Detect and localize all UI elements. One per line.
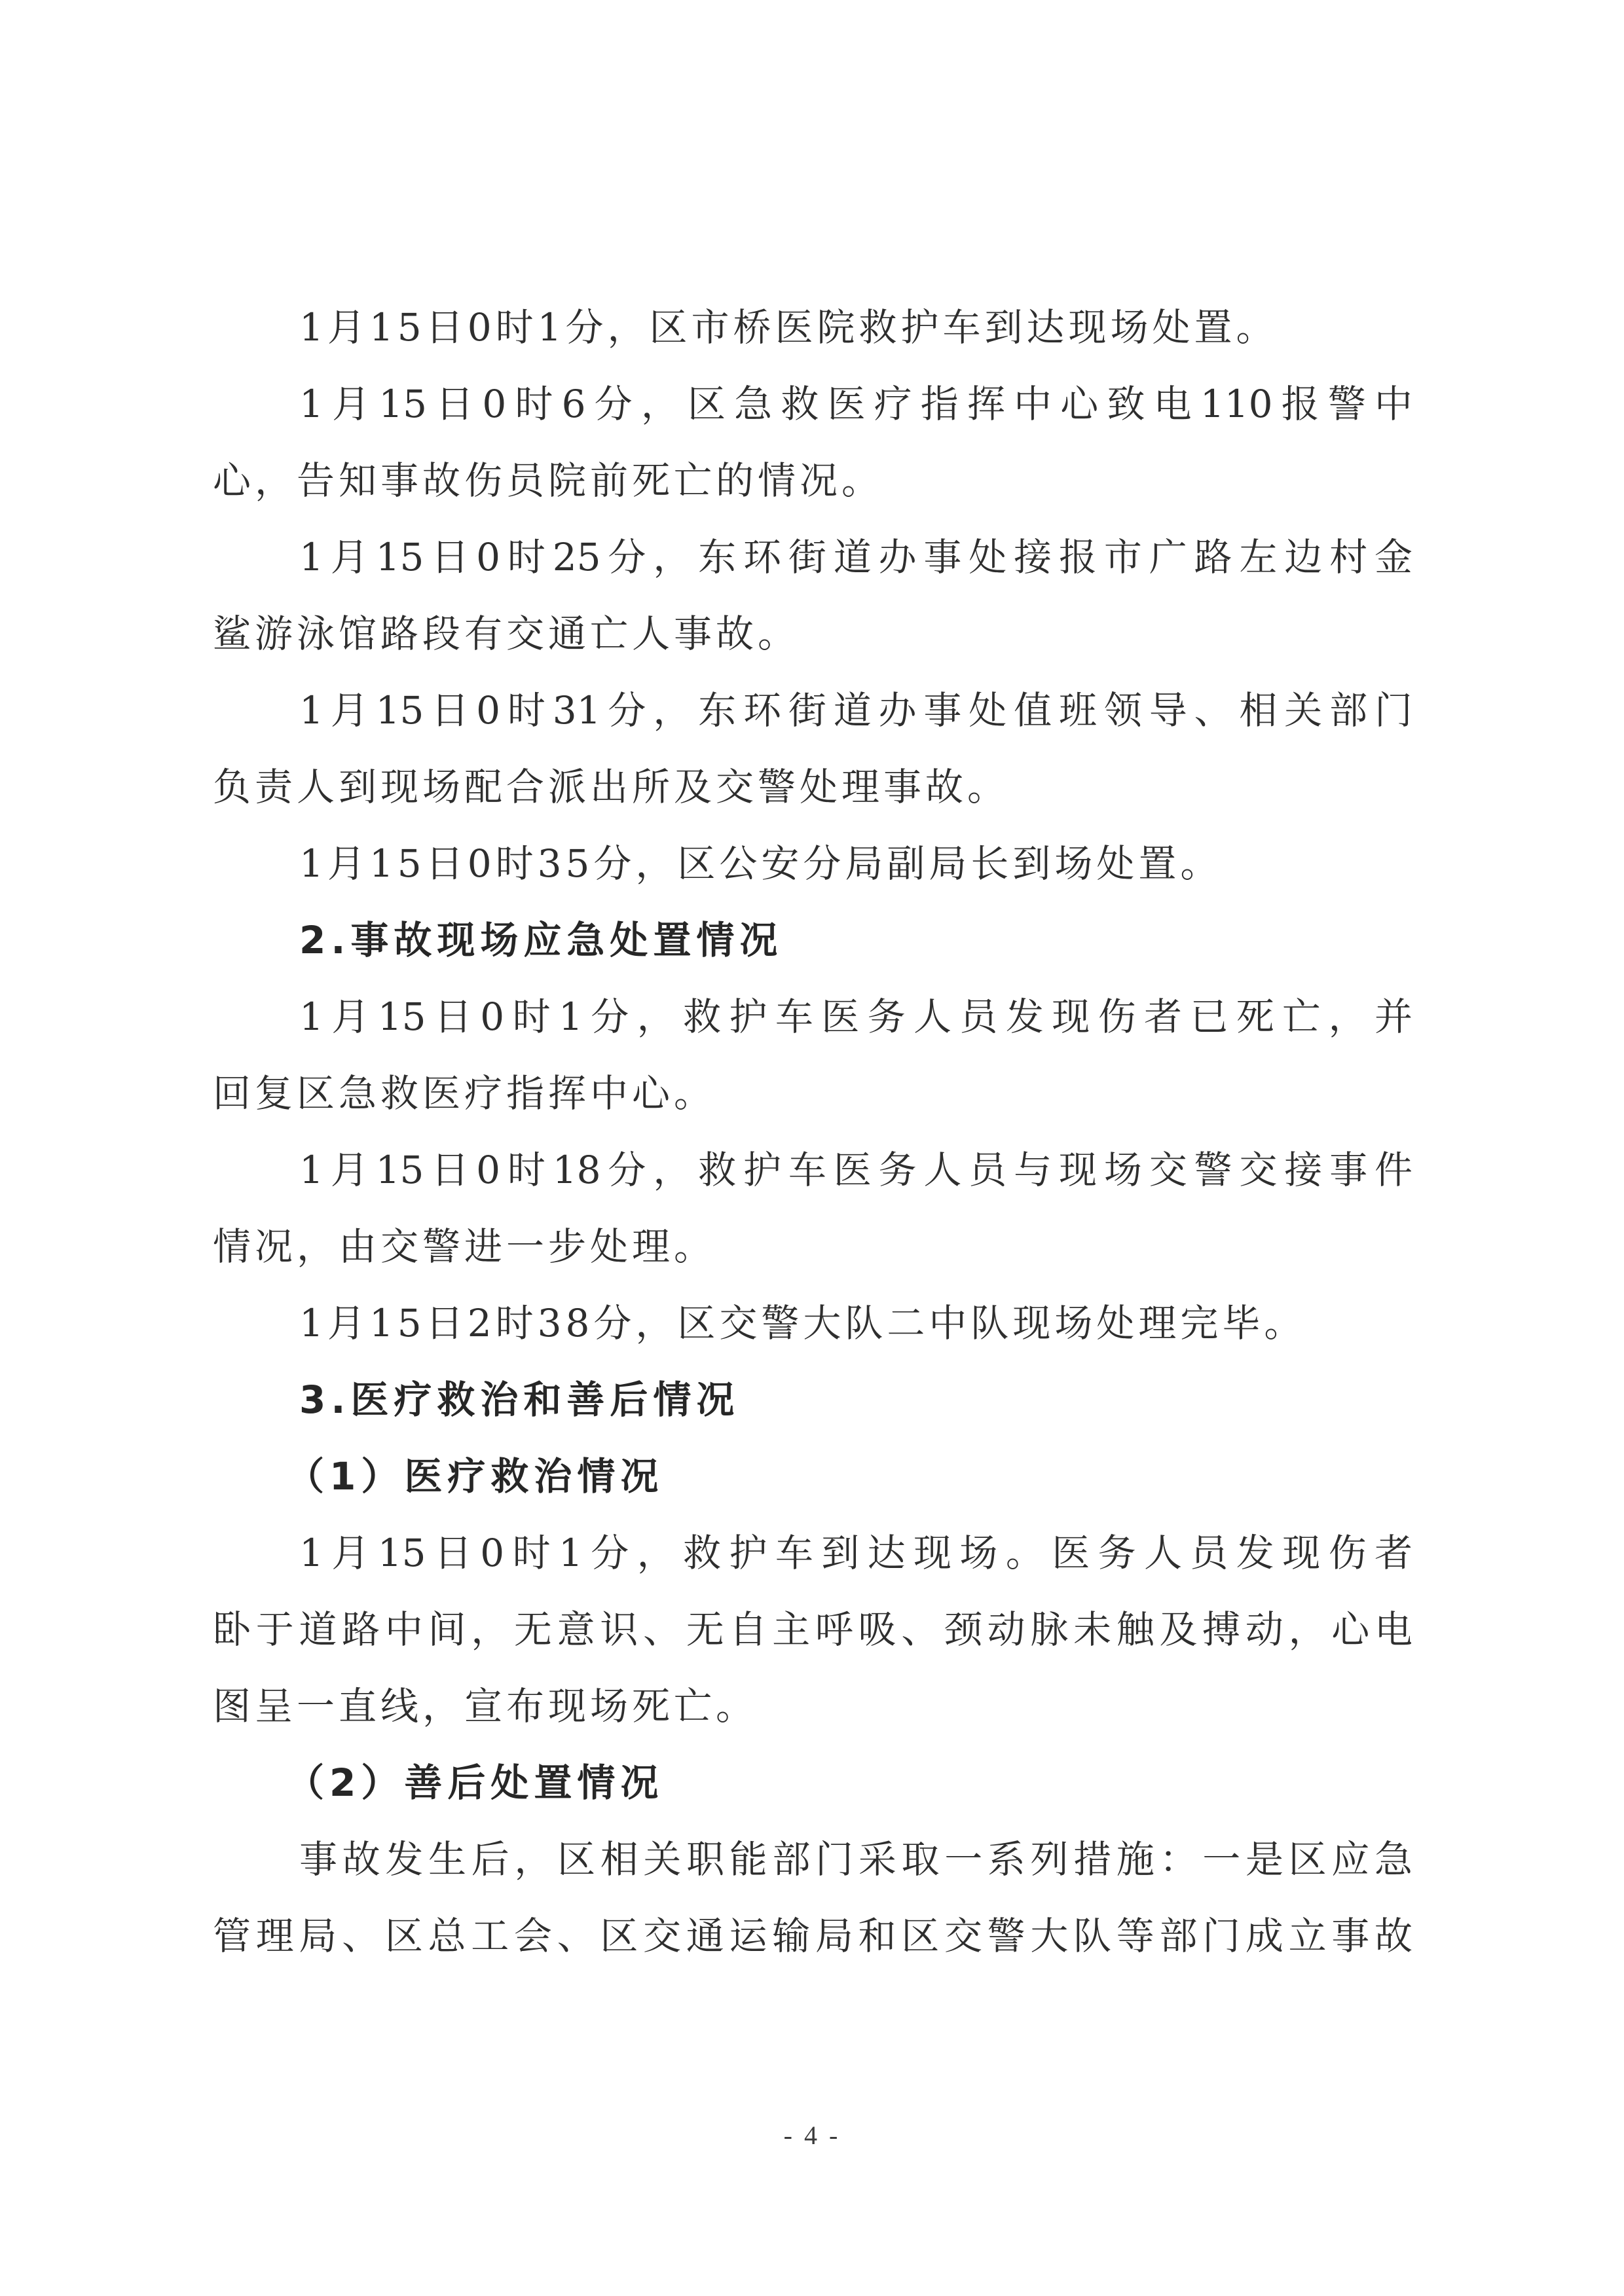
- paragraph-line: 心，告知事故伤员院前死亡的情况。: [213, 443, 1412, 519]
- paragraph-line: 事故发生后，区相关职能部门采取一系列措施：一是区应急: [213, 1821, 1412, 1898]
- document-body: 1月15日0时1分，区市桥医院救护车到达现场处置。 1月15日0时6分，区急救医…: [213, 289, 1412, 1975]
- paragraph-line: 1月15日0时31分，东环街道办事处值班领导、相关部门: [213, 672, 1412, 749]
- paragraph-line: 1月15日0时1分，救护车到达现场。医务人员发现伤者: [213, 1515, 1412, 1592]
- paragraph-line: 1月15日0时1分，区市桥医院救护车到达现场处置。: [213, 289, 1412, 366]
- paragraph-line: 卧于道路中间，无意识、无自主呼吸、颈动脉未触及搏动，心电: [213, 1592, 1412, 1668]
- subsection-heading: （2）善后处置情况: [213, 1745, 1412, 1821]
- paragraph-line: 1月15日0时35分，区公安分局副局长到场处置。: [213, 826, 1412, 902]
- paragraph-line: 1月15日0时6分，区急救医疗指挥中心致电110报警中: [213, 366, 1412, 443]
- subsection-heading: （1）医疗救治情况: [213, 1438, 1412, 1515]
- paragraph-line: 负责人到现场配合派出所及交警处理事故。: [213, 749, 1412, 826]
- paragraph-line: 1月15日2时38分，区交警大队二中队现场处理完毕。: [213, 1285, 1412, 1362]
- paragraph-line: 鲨游泳馆路段有交通亡人事故。: [213, 596, 1412, 672]
- paragraph-line: 1月15日0时18分，救护车医务人员与现场交警交接事件: [213, 1132, 1412, 1209]
- paragraph-line: 回复区急救医疗指挥中心。: [213, 1055, 1412, 1132]
- paragraph-line: 1月15日0时1分，救护车医务人员发现伤者已死亡，并: [213, 979, 1412, 1055]
- paragraph-line: 管理局、区总工会、区交通运输局和区交警大队等部门成立事故: [213, 1898, 1412, 1975]
- document-page: 1月15日0时1分，区市桥医院救护车到达现场处置。 1月15日0时6分，区急救医…: [0, 0, 1624, 2296]
- section-heading: 2.事故现场应急处置情况: [213, 902, 1412, 979]
- paragraph-line: 1月15日0时25分，东环街道办事处接报市广路左边村金: [213, 519, 1412, 596]
- paragraph-line: 情况，由交警进一步处理。: [213, 1209, 1412, 1285]
- section-heading: 3.医疗救治和善后情况: [213, 1362, 1412, 1438]
- paragraph-line: 图呈一直线，宣布现场死亡。: [213, 1668, 1412, 1745]
- page-number: - 4 -: [0, 2120, 1624, 2151]
